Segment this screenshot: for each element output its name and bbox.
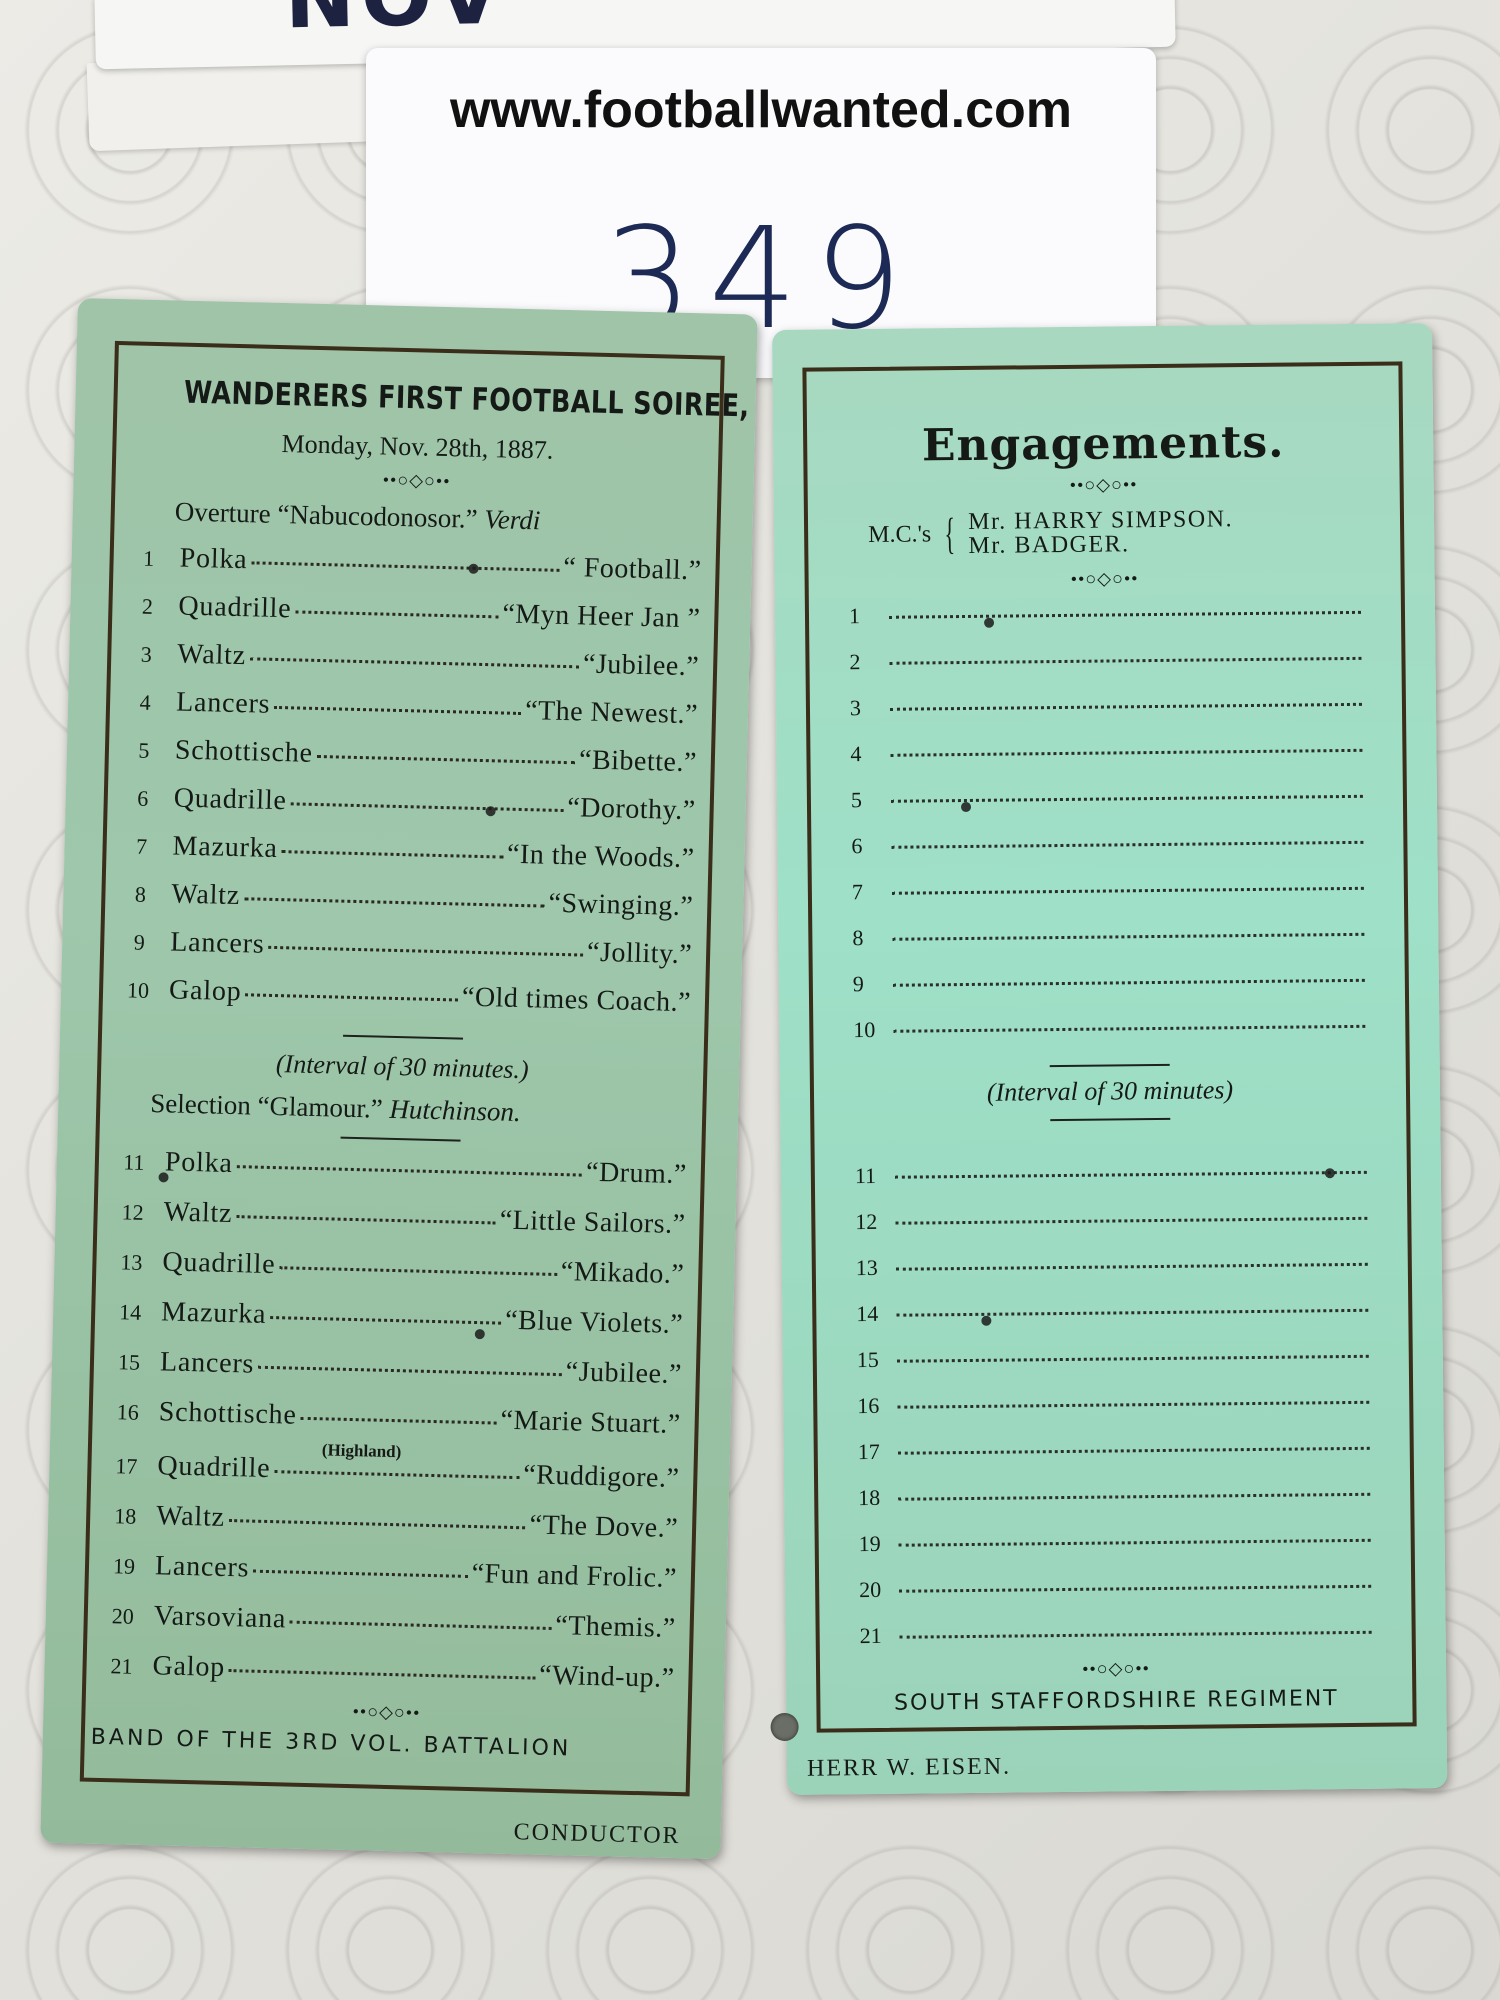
dance-tune: “In the Woods.” bbox=[507, 839, 695, 876]
dance-number: 20 bbox=[97, 1603, 148, 1630]
engagement-slot[interactable]: 5 bbox=[851, 782, 1363, 817]
overture-piece: “Nabucodonosor.” bbox=[277, 499, 478, 534]
dance-number: 13 bbox=[106, 1249, 157, 1276]
dance-tune: “Ruddigore.” bbox=[523, 1459, 680, 1495]
dance-row: 2Quadrille“Myn Heer Jan ” bbox=[122, 589, 701, 643]
slot-number: 8 bbox=[852, 925, 892, 951]
dance-number: 1 bbox=[123, 545, 174, 572]
punch-hole bbox=[770, 1713, 798, 1741]
slot-number: 10 bbox=[853, 1017, 893, 1043]
leader-dots bbox=[282, 849, 503, 858]
slot-number: 13 bbox=[856, 1255, 896, 1281]
dance-tune: “Mikado.” bbox=[560, 1256, 684, 1291]
engagement-slot[interactable]: 15 bbox=[857, 1342, 1369, 1377]
dance-row: 17Quadrille“Ruddigore.” bbox=[101, 1449, 680, 1503]
dance-type: Polka bbox=[173, 542, 248, 576]
engagement-slot[interactable]: 4 bbox=[850, 736, 1362, 771]
dance-tune: “The Newest.” bbox=[525, 695, 699, 731]
engagement-slot[interactable]: 14 bbox=[856, 1296, 1368, 1331]
overture-line: Overture “Nabucodonosor.” Verdi bbox=[174, 496, 703, 540]
write-in-line[interactable] bbox=[892, 932, 1364, 941]
dance-tune: “Jollity.” bbox=[587, 937, 693, 972]
interval-note: (Interval of 30 minutes.) bbox=[101, 1045, 704, 1090]
mc-names: Mr. HARRY SIMPSON. Mr. BADGER. bbox=[968, 507, 1233, 558]
leader-dots bbox=[317, 754, 575, 764]
leader-dots bbox=[301, 1416, 497, 1425]
soiree-date: Monday, Nov. 28th, 1887. bbox=[116, 425, 719, 470]
engagements-frame: Engagements. ••○◇○•• M.C.'s { Mr. HARRY … bbox=[802, 361, 1416, 1732]
leader-dots bbox=[268, 945, 583, 957]
dance-type: Galop bbox=[163, 974, 242, 1008]
write-in-line[interactable] bbox=[895, 1216, 1367, 1225]
slot-number: 16 bbox=[857, 1393, 897, 1419]
divider-rule bbox=[340, 1137, 460, 1144]
dance-type: Quadrille bbox=[167, 782, 287, 817]
dance-row: 8Waltz“Swinging.” bbox=[115, 877, 694, 931]
engagement-slot[interactable]: 3 bbox=[850, 690, 1362, 725]
dance-row: 15Lancers“Jubilee.” bbox=[103, 1345, 682, 1399]
programme-frame: WANDERERS FIRST FOOTBALL SOIREE, Monday,… bbox=[80, 341, 725, 1796]
dance-tune: “Old times Coach.” bbox=[462, 982, 692, 1020]
engagement-slot[interactable]: 10 bbox=[853, 1012, 1365, 1047]
write-in-line[interactable] bbox=[893, 1024, 1365, 1033]
leader-dots bbox=[258, 1365, 562, 1376]
dance-row: 13Quadrille“Mikado.” bbox=[106, 1245, 685, 1299]
ornament-divider: ••○◇○•• bbox=[820, 1655, 1412, 1682]
engagement-slot[interactable]: 18 bbox=[858, 1480, 1370, 1515]
dance-tune: “Drum.” bbox=[586, 1157, 687, 1191]
dance-type: Lancers bbox=[170, 686, 271, 720]
selection-label: Selection bbox=[150, 1088, 251, 1120]
interval-note: (Interval of 30 minutes) bbox=[814, 1073, 1406, 1109]
slot-number: 2 bbox=[849, 649, 889, 675]
dance-type: Mazurka bbox=[155, 1296, 267, 1331]
slot-number: 18 bbox=[858, 1485, 898, 1511]
soiree-title: WANDERERS FIRST FOOTBALL SOIREE, bbox=[184, 375, 662, 423]
write-in-line[interactable] bbox=[898, 1492, 1370, 1501]
engagement-slots-part1: 1 2 3 4 5 6 7 8 9 10 bbox=[806, 365, 1398, 371]
leader-dots bbox=[229, 1518, 526, 1529]
programme-panel: WANDERERS FIRST FOOTBALL SOIREE, Monday,… bbox=[40, 298, 758, 1859]
dance-tune: “Themis.” bbox=[555, 1610, 676, 1645]
dance-tune: “Little Sailors.” bbox=[499, 1205, 686, 1242]
slot-number: 4 bbox=[850, 741, 890, 767]
mc-block: M.C.'s { Mr. HARRY SIMPSON. Mr. BADGER. bbox=[868, 507, 1233, 559]
dance-number: 15 bbox=[104, 1349, 155, 1376]
selection-composer: Hutchinson. bbox=[389, 1094, 521, 1127]
mc-label: M.C.'s bbox=[868, 521, 931, 549]
engagement-slot[interactable]: 19 bbox=[859, 1526, 1371, 1561]
foxing-spot bbox=[984, 618, 994, 628]
dance-tune: “Myn Heer Jan ” bbox=[502, 598, 701, 635]
ornament-divider: ••○◇○•• bbox=[808, 471, 1400, 498]
conductor-label: CONDUCTOR bbox=[513, 1819, 681, 1850]
dance-number: 21 bbox=[96, 1653, 147, 1680]
engagement-slot[interactable]: 2 bbox=[849, 644, 1361, 679]
dance-row: 4Lancers“The Newest.” bbox=[120, 685, 699, 739]
dance-row: 21Galop“Wind-up.” bbox=[96, 1649, 675, 1703]
dance-tune: “Swinging.” bbox=[548, 888, 693, 924]
leader-dots bbox=[237, 1164, 583, 1176]
dance-row: 19Lancers“Fun and Frolic.” bbox=[98, 1549, 677, 1603]
slot-number: 6 bbox=[851, 833, 891, 859]
dance-row: 1Polka“ Football.” bbox=[123, 541, 702, 595]
dance-type: Polka bbox=[159, 1146, 234, 1180]
dance-type: Schottische bbox=[152, 1396, 297, 1432]
dance-row: 10Galop“Old times Coach.” bbox=[113, 973, 692, 1027]
dance-number: 2 bbox=[122, 593, 173, 620]
write-in-line[interactable] bbox=[893, 978, 1365, 987]
dance-type: Mazurka bbox=[166, 830, 278, 865]
dealer-url: www.footballwanted.com bbox=[366, 80, 1156, 140]
engagement-slot[interactable]: 11 bbox=[855, 1158, 1367, 1193]
write-in-line[interactable] bbox=[891, 794, 1363, 803]
engagement-slot[interactable]: 6 bbox=[851, 828, 1363, 863]
write-in-line[interactable] bbox=[896, 1308, 1368, 1317]
engagement-slot[interactable]: 16 bbox=[857, 1388, 1369, 1423]
dance-number: 12 bbox=[107, 1199, 158, 1226]
overture-composer: Verdi bbox=[484, 504, 541, 535]
background-label-text: NOV bbox=[283, 0, 507, 47]
engagements-panel: Engagements. ••○◇○•• M.C.'s { Mr. HARRY … bbox=[772, 323, 1447, 1795]
leader-dots bbox=[290, 1620, 551, 1630]
dance-number: 6 bbox=[117, 785, 168, 812]
dance-type: Lancers bbox=[154, 1346, 255, 1380]
leader-dots bbox=[244, 896, 545, 907]
regiment-footer: SOUTH STAFFORDSHIRE REGIMENT bbox=[854, 1686, 1378, 1716]
dance-number: 4 bbox=[120, 689, 171, 716]
engagement-slot[interactable]: 13 bbox=[856, 1250, 1368, 1285]
dance-type: Lancers bbox=[149, 1550, 250, 1584]
dance-number: 19 bbox=[99, 1553, 150, 1580]
slot-number: 9 bbox=[853, 971, 893, 997]
slot-number: 14 bbox=[856, 1301, 896, 1327]
dance-list-part1: 1Polka“ Football.” 2Quadrille“Myn Heer J… bbox=[119, 345, 721, 360]
write-in-line[interactable] bbox=[892, 886, 1364, 895]
dance-type: Quadrille bbox=[156, 1246, 276, 1281]
leader-dots bbox=[236, 1214, 496, 1224]
write-in-line[interactable] bbox=[889, 610, 1361, 619]
leader-dots bbox=[274, 1469, 519, 1479]
dance-tune: “Jubilee.” bbox=[583, 648, 700, 683]
write-in-line[interactable] bbox=[898, 1446, 1370, 1455]
dance-tune: “Bibette.” bbox=[579, 744, 697, 779]
foxing-spot bbox=[961, 802, 971, 812]
dance-row: 11Polka“Drum.” bbox=[108, 1145, 687, 1199]
engagement-slot[interactable]: 9 bbox=[853, 966, 1365, 1001]
leader-dots bbox=[295, 609, 498, 618]
dance-row: 14Mazurka“Blue Violets.” bbox=[105, 1295, 684, 1349]
dance-type: Waltz bbox=[171, 638, 246, 672]
band-footer: BAND OF THE 3RD VOL. BATTALION bbox=[91, 1725, 687, 1765]
dance-tune: “The Dove.” bbox=[529, 1509, 678, 1545]
ornament-divider: ••○◇○•• bbox=[115, 463, 717, 499]
slot-number: 20 bbox=[859, 1577, 899, 1603]
overture-label: Overture bbox=[174, 496, 271, 528]
dance-number: 14 bbox=[105, 1299, 156, 1326]
write-in-line[interactable] bbox=[900, 1630, 1372, 1639]
leader-dots bbox=[270, 1315, 501, 1325]
dance-number: 18 bbox=[100, 1503, 151, 1530]
selection-piece: “Glamour.” bbox=[257, 1091, 383, 1124]
slot-number: 19 bbox=[859, 1531, 899, 1557]
dance-number: 17 bbox=[101, 1453, 152, 1480]
write-in-line[interactable] bbox=[899, 1584, 1371, 1593]
slot-number: 7 bbox=[852, 879, 892, 905]
foxing-spot bbox=[1325, 1168, 1335, 1178]
dance-tune: “Jubilee.” bbox=[565, 1356, 682, 1391]
dance-row: 6Quadrille“Dorothy.” bbox=[117, 781, 696, 835]
dance-row: 9Lancers“Jollity.” bbox=[114, 925, 693, 979]
foxing-spot bbox=[981, 1316, 991, 1326]
leader-dots bbox=[253, 1569, 468, 1578]
slot-number: 12 bbox=[855, 1209, 895, 1235]
dance-type: Waltz bbox=[165, 878, 240, 912]
engagement-slot[interactable]: 7 bbox=[852, 874, 1364, 909]
slot-number: 5 bbox=[851, 787, 891, 813]
dance-type: Lancers bbox=[164, 926, 265, 960]
write-in-line[interactable] bbox=[890, 748, 1362, 757]
dance-type: Quadrille bbox=[172, 590, 292, 625]
dance-tune: “Fun and Frolic.” bbox=[471, 1558, 677, 1595]
mc-name: Mr. HARRY SIMPSON. bbox=[968, 507, 1233, 534]
engagement-slot[interactable]: 12 bbox=[855, 1204, 1367, 1239]
dance-number: 9 bbox=[114, 929, 165, 956]
dance-number: 5 bbox=[119, 737, 170, 764]
dance-type: Quadrille bbox=[151, 1450, 271, 1485]
write-in-line[interactable] bbox=[896, 1262, 1368, 1271]
dance-row: 16Schottische“Marie Stuart.” bbox=[102, 1395, 681, 1449]
dance-row: 18Waltz“The Dove.” bbox=[100, 1499, 679, 1553]
dance-tune: “Marie Stuart.” bbox=[500, 1405, 681, 1441]
engagement-slot[interactable]: 8 bbox=[852, 920, 1364, 955]
write-in-line[interactable] bbox=[895, 1170, 1367, 1179]
slot-number: 17 bbox=[858, 1439, 898, 1465]
engagement-slot[interactable]: 1 bbox=[849, 598, 1361, 633]
divider-rule bbox=[343, 1035, 463, 1042]
divider-rule bbox=[1050, 1064, 1170, 1069]
write-in-line[interactable] bbox=[897, 1400, 1369, 1409]
divider-rule bbox=[1050, 1118, 1170, 1123]
mc-name: Mr. BADGER. bbox=[968, 531, 1233, 558]
engagement-slot[interactable]: 21 bbox=[860, 1618, 1372, 1653]
dance-row: 7Mazurka“In the Woods.” bbox=[116, 829, 695, 883]
write-in-line[interactable] bbox=[899, 1538, 1371, 1547]
dance-number: 11 bbox=[109, 1149, 160, 1176]
slot-number: 21 bbox=[860, 1623, 900, 1649]
dance-number: 10 bbox=[113, 977, 164, 1004]
dance-row: 5Schottische“Bibette.” bbox=[118, 733, 697, 787]
dance-number: 8 bbox=[115, 881, 166, 908]
dance-tune: “ Football.” bbox=[563, 552, 702, 587]
dance-tune: “Wind-up.” bbox=[539, 1660, 675, 1695]
dance-row: 12Waltz“Little Sailors.” bbox=[107, 1195, 686, 1249]
write-in-line[interactable] bbox=[890, 702, 1362, 711]
dance-type: Schottische bbox=[169, 734, 314, 770]
slot-number: 3 bbox=[850, 695, 890, 721]
dance-type: Waltz bbox=[157, 1196, 232, 1230]
leader-dots bbox=[279, 1265, 557, 1276]
ornament-divider: ••○◇○•• bbox=[809, 565, 1401, 592]
leader-dots bbox=[245, 992, 458, 1001]
leader-dots bbox=[274, 705, 521, 715]
dance-tune: “Dorothy.” bbox=[567, 792, 696, 827]
dance-tune: “Blue Violets.” bbox=[505, 1305, 684, 1341]
leader-dots bbox=[291, 801, 564, 812]
dance-type: Galop bbox=[146, 1650, 225, 1684]
dance-row: 20Varsoviana“Themis.” bbox=[97, 1599, 676, 1653]
dance-list-part2: 11Polka“Drum.” 12Waltz“Little Sailors.” … bbox=[119, 345, 721, 360]
leader-dots bbox=[251, 560, 559, 572]
leader-dots bbox=[250, 656, 579, 668]
slot-number: 1 bbox=[849, 603, 889, 629]
write-in-line[interactable] bbox=[891, 840, 1363, 849]
brace-icon: { bbox=[944, 512, 955, 556]
dance-row: 3Waltz“Jubilee.” bbox=[121, 637, 700, 691]
dance-type: Waltz bbox=[150, 1500, 225, 1534]
dance-number: 3 bbox=[121, 641, 172, 668]
selection-line: Selection “Glamour.” Hutchinson. bbox=[150, 1088, 689, 1132]
engagement-slot[interactable]: 17 bbox=[858, 1434, 1370, 1469]
dance-number: 16 bbox=[102, 1399, 153, 1426]
write-in-line[interactable] bbox=[897, 1354, 1369, 1363]
engagements-title: Engagements. bbox=[807, 415, 1400, 472]
conductor-name: HERR W. EISEN. bbox=[807, 1754, 1011, 1783]
write-in-line[interactable] bbox=[889, 656, 1361, 665]
dance-number: 7 bbox=[116, 833, 167, 860]
slot-number: 11 bbox=[855, 1163, 895, 1189]
engagement-slot[interactable]: 20 bbox=[859, 1572, 1371, 1607]
engagement-slots-part2: 11 12 13 14 15 16 17 18 19 20 21 bbox=[806, 365, 1398, 371]
leader-dots bbox=[229, 1668, 535, 1679]
dance-type: Varsoviana bbox=[147, 1600, 286, 1635]
slot-number: 15 bbox=[857, 1347, 897, 1373]
